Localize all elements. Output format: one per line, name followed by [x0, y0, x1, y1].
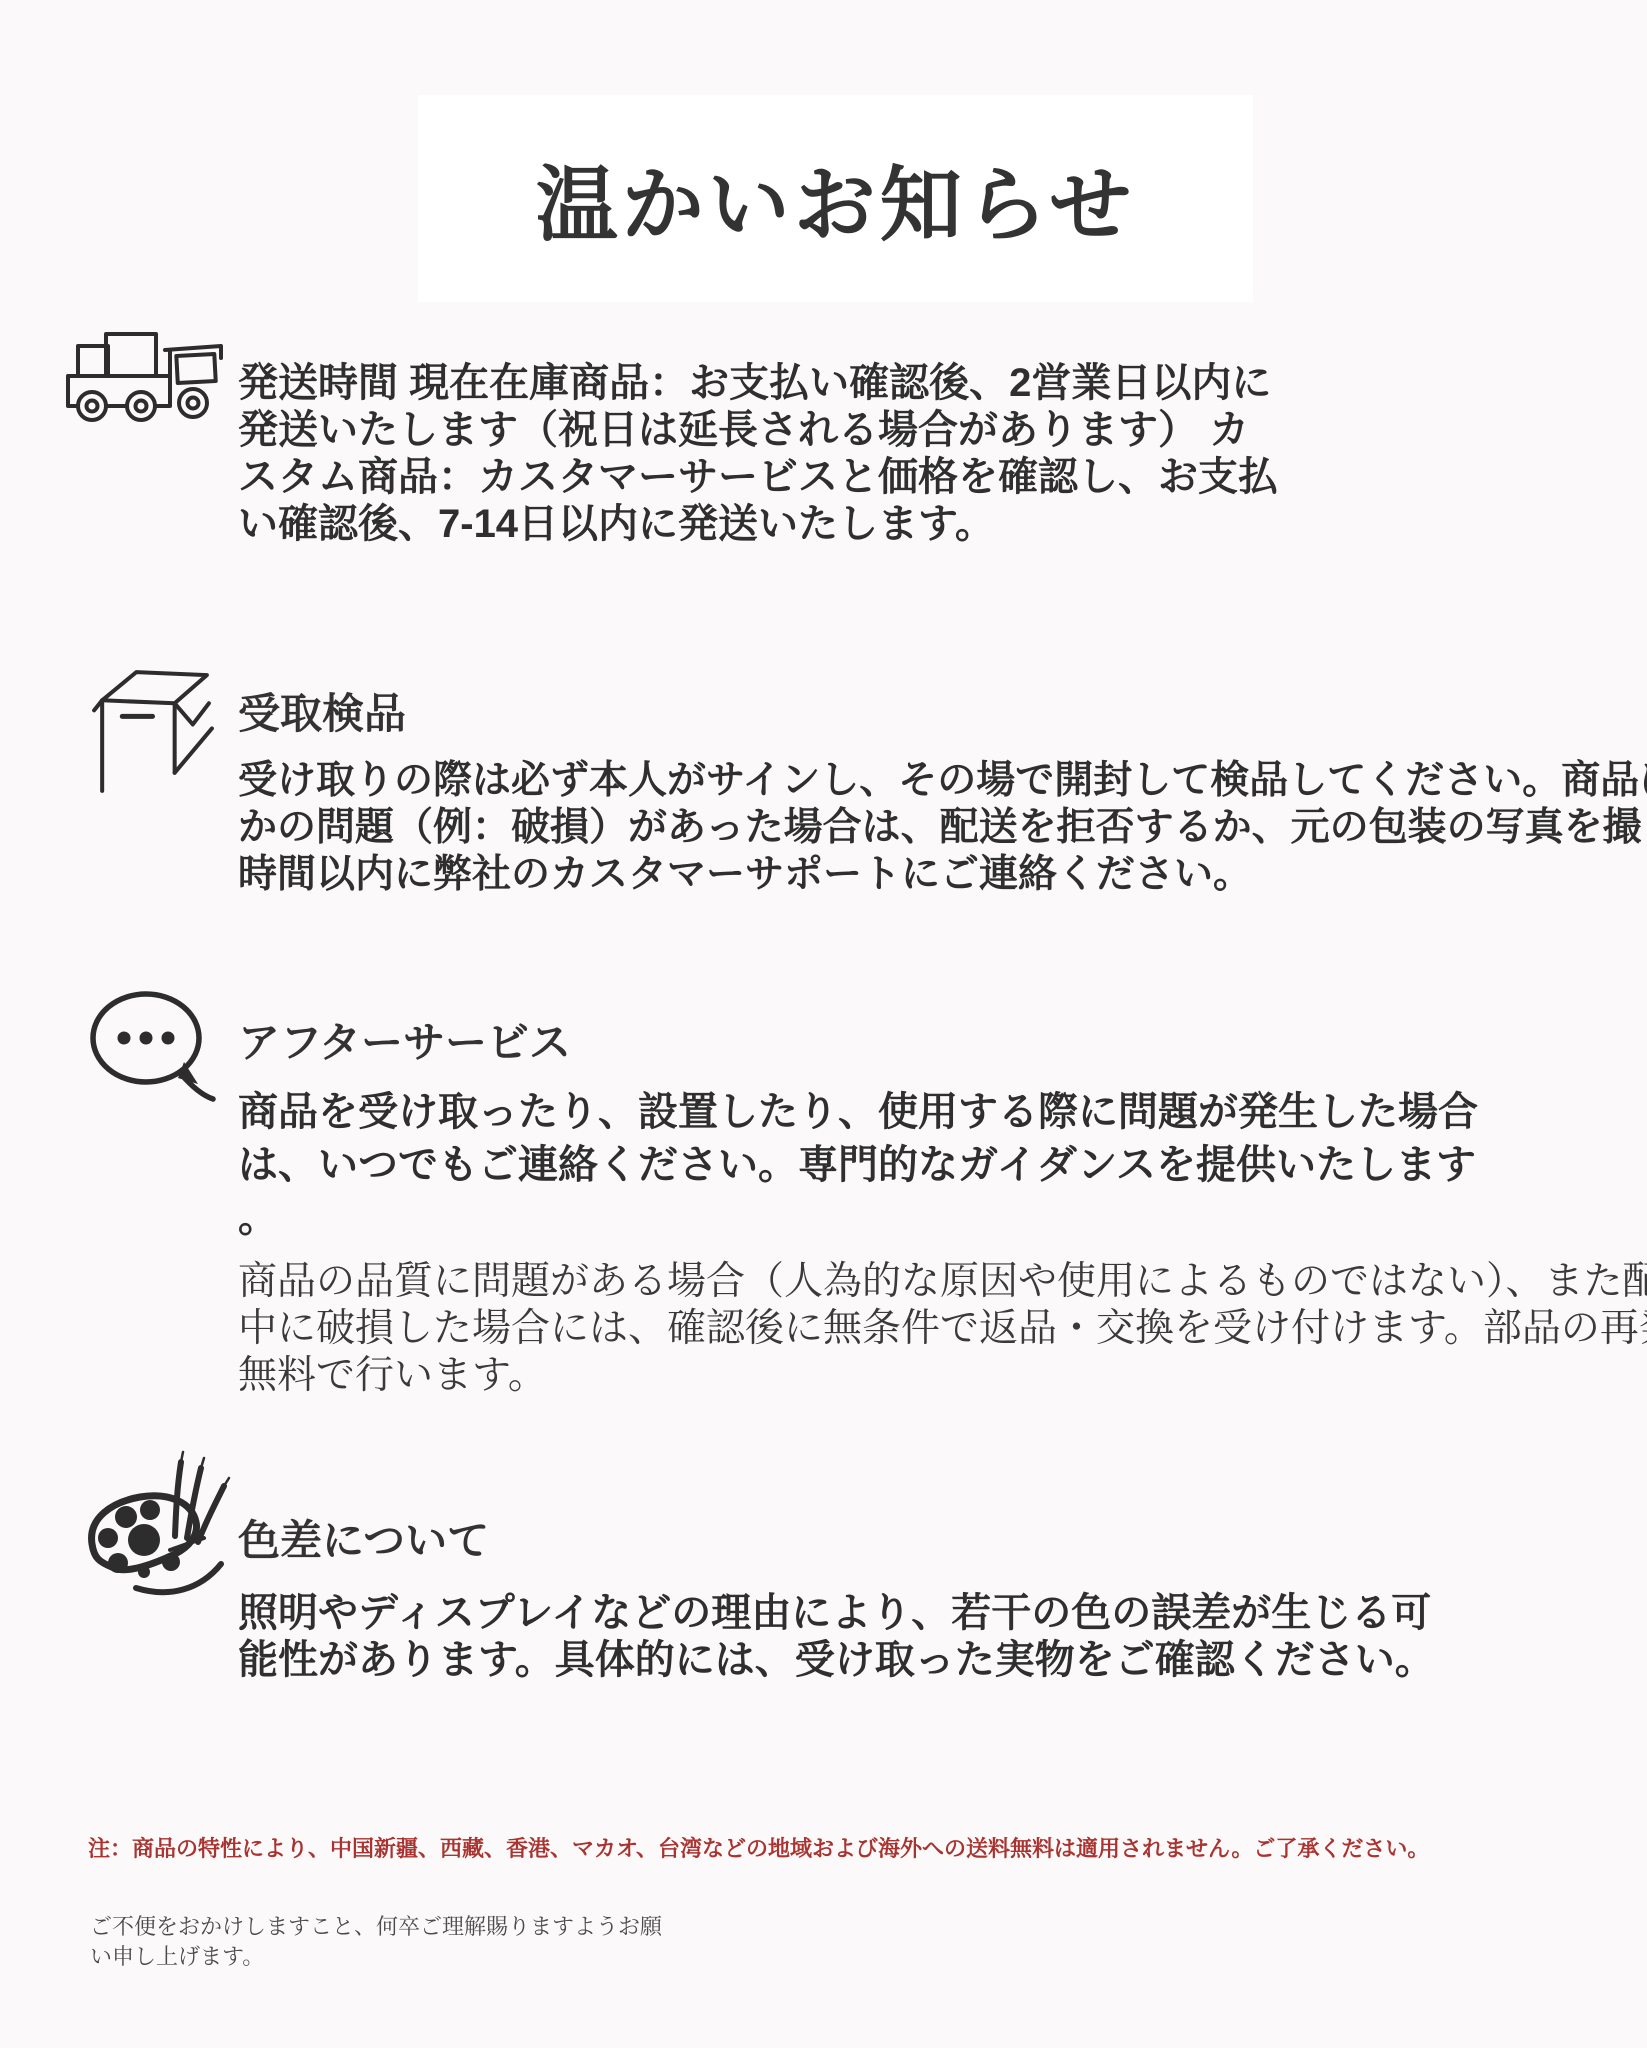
text-line: 中に破損した場合には、確認後に無条件で返品・交換を受け付けます。部品の再発 — [238, 1305, 1647, 1352]
text-line: 時間以内に弊社のカスタマーサポートにご連絡ください。 — [238, 851, 1647, 898]
text-line: い確認後、7-14日以内に発送いたします。 — [238, 501, 1278, 548]
text-line: は、いつでもご連絡ください。専門的なガイダンスを提供いたします — [238, 1139, 1478, 1192]
text-line: 照明やディスプレイなどの理由により、若干の色の誤差が生じる可 — [238, 1590, 1435, 1637]
palette-icon — [84, 1450, 232, 1603]
speech-bubble-icon — [84, 984, 216, 1109]
inspection-heading: 受取検品 — [238, 681, 406, 741]
text-line: かの問題（例：破損）があった場合は、配送を拒否するか、元の包装の写真を撮っ — [238, 804, 1647, 851]
apology-note: ご不便をおかけしますこと、何卒ご理解賜りますようお願 い申し上げます。 — [90, 1912, 662, 1972]
shipping-paragraph: 発送時間 現在在庫商品：お支払い確認後、2営業日以内に 発送いたします（祝日は延… — [238, 360, 1278, 548]
text-line: 能性があります。具体的には、受け取った実物をご確認ください。 — [238, 1637, 1435, 1684]
truck-icon — [64, 322, 224, 427]
text-line: ご不便をおかけしますこと、何卒ご理解賜りますようお願 — [90, 1912, 662, 1942]
inspection-paragraph: 受け取りの際は必ず本人がサインし、その場で開封して検品してください。商品に かの… — [238, 757, 1647, 898]
text-line: 受け取りの際は必ず本人がサインし、その場で開封して検品してください。商品に — [238, 757, 1647, 804]
color-difference-heading: 色差について — [238, 1508, 489, 1568]
text-line: 無料で行います。 — [238, 1352, 1647, 1399]
text-line: スタム商品：カスタマーサービスと価格を確認し、お支払 — [238, 454, 1278, 501]
text-line: い申し上げます。 — [90, 1942, 662, 1972]
text-line: 発送時間 現在在庫商品：お支払い確認後、2営業日以内に — [238, 360, 1278, 407]
text-line: 。 — [238, 1192, 1478, 1245]
text-line: 商品の品質に問題がある場合（人為的な原因や使用によるものではない）、また配 — [238, 1258, 1647, 1305]
after-service-heading: アフターサービス — [238, 1010, 571, 1070]
box-icon — [84, 660, 220, 811]
shipping-restriction-note: 注：商品の特性により、中国新疆、西藏、香港、マカオ、台湾などの地域および海外への… — [88, 1832, 1429, 1863]
text-line: 商品を受け取ったり、設置したり、使用する際に問題が発生した場合 — [238, 1086, 1478, 1139]
color-difference-paragraph: 照明やディスプレイなどの理由により、若干の色の誤差が生じる可 能性があります。具… — [238, 1590, 1435, 1684]
text-line: 発送いたします（祝日は延長される場合があります） カ — [238, 407, 1278, 454]
after-service-paragraph-1: 商品を受け取ったり、設置したり、使用する際に問題が発生した場合 は、いつでもご連… — [238, 1086, 1478, 1245]
title-panel: 温かいお知らせ — [418, 95, 1253, 302]
page-title: 温かいお知らせ — [536, 140, 1136, 257]
after-service-paragraph-2: 商品の品質に問題がある場合（人為的な原因や使用によるものではない）、また配 中に… — [238, 1258, 1647, 1399]
